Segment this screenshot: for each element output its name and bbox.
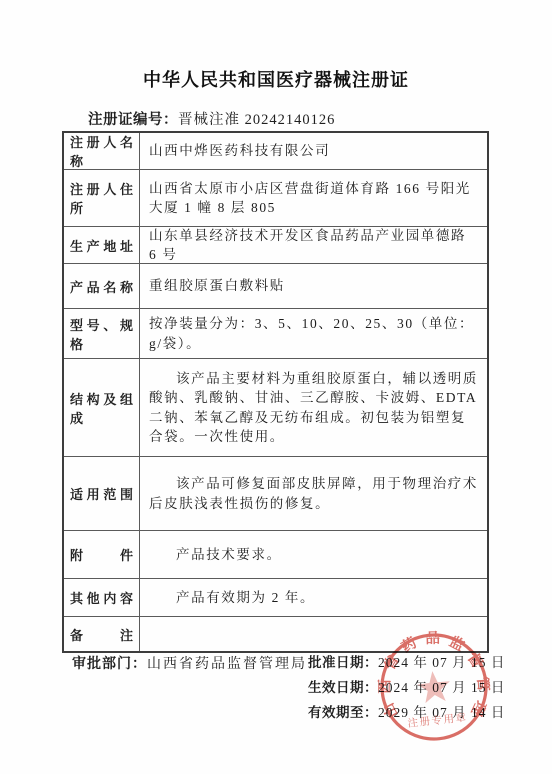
table-row: 产品名称 重组胶原蛋白敷料贴 [64,264,487,309]
table-row: 结构及组成 该产品主要材料为重组胶原蛋白，辅以透明质酸钠、乳酸钠、甘油、三乙醇胺… [64,359,487,457]
row-value [140,617,487,651]
expiry-date-line: 有效期至：2029 年 07 月 14 日 [308,701,505,721]
certificate-table: 注册人名称 山西中烨医药科技有限公司 注册人住所 山西省太原市小店区营盘街道体育… [62,131,489,653]
effective-date-value: 2024 年 07 月 15 日 [378,680,505,695]
table-row: 型号、规格 按净装量分为：3、5、10、20、25、30（单位：g/袋）。 [64,309,487,359]
row-label: 注册人名称 [64,133,140,169]
effective-date-label: 生效日期： [308,680,378,695]
row-label: 其他内容 [64,579,140,616]
registration-number-line: 注册证编号：晋械注准 20242140126 [88,108,335,129]
row-value: 该产品主要材料为重组胶原蛋白，辅以透明质酸钠、乳酸钠、甘油、三乙醇胺、卡波姆、E… [140,359,487,456]
approval-date-line: 批准日期：2024 年 07 月 15 日 [308,651,505,671]
row-label: 生产地址 [64,227,140,263]
table-row: 适用范围 该产品可修复面部皮肤屏障，用于物理治疗术后皮肤浅表性损伤的修复。 [64,457,487,531]
row-label: 附 件 [64,531,140,578]
approval-date-value: 2024 年 07 月 15 日 [378,655,505,670]
certificate-page: 中华人民共和国医疗器械注册证 注册证编号：晋械注准 20242140126 注册… [0,0,552,774]
row-label: 型号、规格 [64,309,140,358]
row-value: 重组胶原蛋白敷料贴 [140,264,487,308]
table-row: 注册人住所 山西省太原市小店区营盘街道体育路 166 号阳光大厦 1 幢 8 层… [64,170,487,227]
approval-date-label: 批准日期： [308,655,378,670]
registration-number-label: 注册证编号： [88,112,178,128]
certificate-title: 中华人民共和国医疗器械注册证 [0,66,552,92]
approval-department-line: 审批部门：山西省药品监督管理局 [72,653,307,673]
approval-department-value: 山西省药品监督管理局 [147,657,307,672]
table-row: 注册人名称 山西中烨医药科技有限公司 [64,133,487,170]
expiry-date-value: 2029 年 07 月 14 日 [378,705,505,720]
expiry-date-label: 有效期至： [308,705,378,720]
row-value: 产品有效期为 2 年。 [140,579,487,616]
row-label: 产品名称 [64,264,140,308]
row-value: 山东单县经济技术开发区食品药品产业园单德路 6 号 [140,227,487,263]
registration-number-value: 晋械注准 20242140126 [178,112,335,128]
row-label: 结构及组成 [64,359,140,456]
table-row: 附 件 产品技术要求。 [64,531,487,579]
date-block: 批准日期：2024 年 07 月 15 日 生效日期：2024 年 07 月 1… [308,651,505,726]
approval-department-label: 审批部门： [72,657,147,672]
table-row: 其他内容 产品有效期为 2 年。 [64,579,487,617]
table-row: 生产地址 山东单县经济技术开发区食品药品产业园单德路 6 号 [64,227,487,264]
effective-date-line: 生效日期：2024 年 07 月 15 日 [308,676,505,696]
row-label: 注册人住所 [64,170,140,226]
row-value: 产品技术要求。 [140,531,487,578]
row-value: 该产品可修复面部皮肤屏障，用于物理治疗术后皮肤浅表性损伤的修复。 [140,457,487,530]
table-row: 备 注 [64,617,487,651]
row-value: 山西中烨医药科技有限公司 [140,133,487,169]
row-label: 适用范围 [64,457,140,530]
row-value: 山西省太原市小店区营盘街道体育路 166 号阳光大厦 1 幢 8 层 805 [140,170,487,226]
row-value: 按净装量分为：3、5、10、20、25、30（单位：g/袋）。 [140,309,487,358]
row-label: 备 注 [64,617,140,651]
